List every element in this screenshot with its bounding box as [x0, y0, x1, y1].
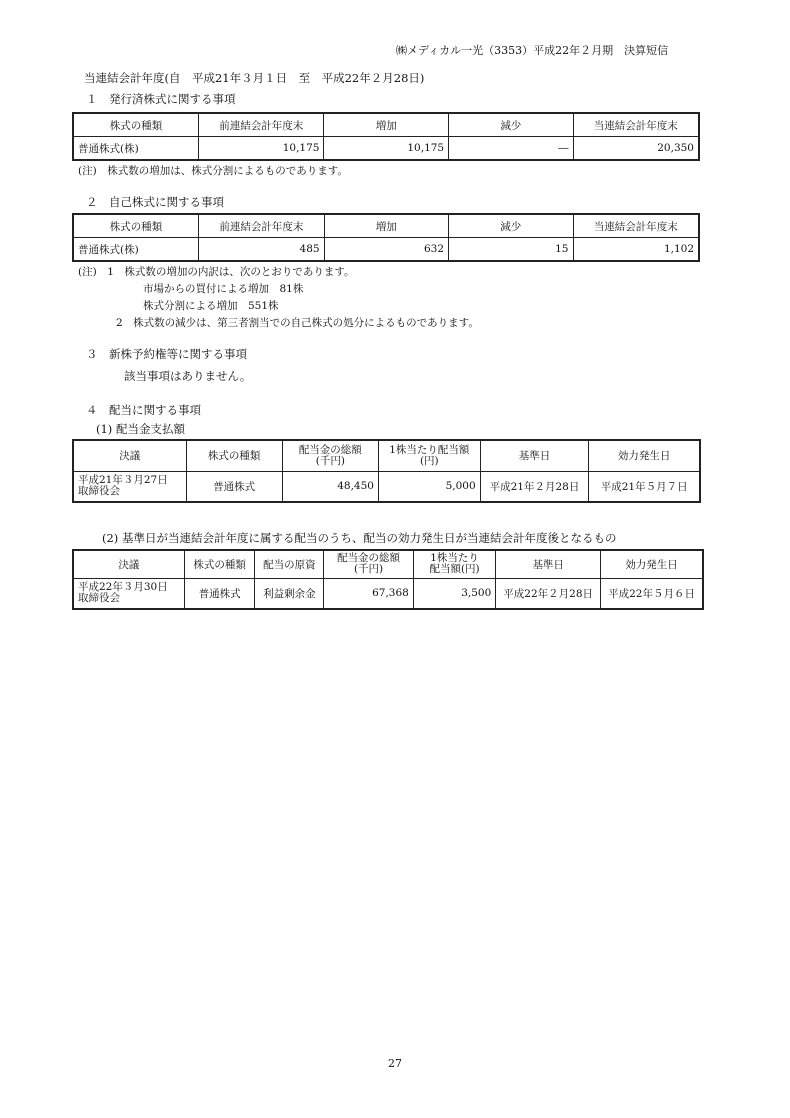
header-cell: 効力発生日 — [589, 440, 700, 471]
header-cell: 決議 — [73, 440, 186, 471]
cell: 平成21年２月28日 — [480, 471, 589, 502]
cell: 普通株式 — [184, 578, 255, 609]
cell: 1,102 — [573, 238, 699, 262]
dividends-paid-table: 決議 株式の種類 配当金の総額(千円) 1株当たり配当額(円) 基準日 効力発生… — [72, 439, 701, 503]
header-cell: 増加 — [324, 113, 449, 137]
header-cell-per-share: 1株当たり配当額(円) — [378, 440, 480, 471]
section2-note-4: 2 株式数の減少は、第三者割当での自己株式の処分によるものであります。 — [116, 315, 479, 330]
issued-shares-table: 株式の種類 前連結会計年度末 増加 減少 当連結会計年度末 普通株式(株) 10… — [72, 112, 700, 161]
header-cell-total: 配当金の総額(千円) — [324, 550, 414, 578]
cell: ― — [449, 137, 573, 161]
header-cell: 基準日 — [480, 440, 589, 471]
header-line: (円) — [383, 456, 476, 467]
section4-sub2-title: (2) 基準日が当連結会計年度に属する配当のうち、配当の効力発生日が当連結会計年… — [102, 530, 616, 546]
period-title: 当連結会計年度(自 平成21年３月１日 至 平成22年２月28日) — [84, 70, 424, 86]
cell: 20,350 — [573, 137, 699, 161]
page-number: 27 — [388, 1057, 402, 1070]
section3-body: 該当事項はありません。 — [124, 368, 251, 384]
cell: 平成22年５月６日 — [601, 578, 703, 609]
treasury-shares-table: 株式の種類 前連結会計年度末 増加 減少 当連結会計年度末 普通株式(株) 48… — [72, 213, 700, 262]
cell: 利益剰余金 — [255, 578, 324, 609]
cell: 普通株式(株) — [73, 238, 199, 262]
header-cell-total: 配当金の総額(千円) — [282, 440, 378, 471]
cell: 5,000 — [378, 471, 480, 502]
cell: 3,500 — [413, 578, 495, 609]
header-cell: 株式の種類 — [186, 440, 282, 471]
cell: 10,175 — [324, 137, 449, 161]
header-line: (千円) — [328, 564, 409, 575]
cell: 15 — [449, 238, 573, 262]
header-cell: 増加 — [324, 214, 448, 238]
table-header-row: 決議 株式の種類 配当金の総額(千円) 1株当たり配当額(円) 基準日 効力発生… — [73, 440, 700, 471]
section2-note-2: 市場からの買付による増加 81株 — [143, 281, 303, 296]
cell-line: 取締役会 — [78, 593, 180, 604]
section2-title: ２ 自己株式に関する事項 — [86, 194, 224, 210]
cell-resolution: 平成21年３月27日取締役会 — [73, 471, 186, 502]
table-header-row: 株式の種類 前連結会計年度末 増加 減少 当連結会計年度末 — [73, 214, 699, 238]
section2-note-3: 株式分割による増加 551株 — [143, 298, 279, 313]
section4-sub1-title: (1) 配当金支払額 — [96, 421, 185, 437]
cell-line: 取締役会 — [78, 486, 182, 497]
table-row: 普通株式(株) 10,175 10,175 ― 20,350 — [73, 137, 699, 161]
section3-title: ３ 新株予約権等に関する事項 — [86, 346, 247, 362]
section2-note-1: (注) 1 株式数の増加の内訳は、次のとおりであります。 — [78, 264, 355, 279]
cell: 普通株式(株) — [73, 137, 199, 161]
table-header-row: 決議 株式の種類 配当の原資 配当金の総額(千円) 1株当たり配当額(円) 基準… — [73, 550, 703, 578]
header-cell: 効力発生日 — [601, 550, 703, 578]
cell: 485 — [199, 238, 324, 262]
header-company-line: ㈱メディカル一光（3353）平成22年２月期 決算短信 — [396, 42, 668, 58]
header-cell: 株式の種類 — [73, 113, 199, 137]
table-row: 平成21年３月27日取締役会 普通株式 48,450 5,000 平成21年２月… — [73, 471, 700, 502]
section1-title: １ 発行済株式に関する事項 — [86, 91, 236, 107]
header-cell: 決議 — [73, 550, 184, 578]
header-cell: 当連結会計年度末 — [573, 214, 699, 238]
header-cell: 基準日 — [496, 550, 601, 578]
header-cell: 前連結会計年度末 — [199, 214, 324, 238]
header-cell: 株式の種類 — [184, 550, 255, 578]
cell: 平成21年５月７日 — [589, 471, 700, 502]
header-cell: 株式の種類 — [73, 214, 199, 238]
section1-note: (注) 株式数の増加は、株式分割によるものであります。 — [78, 163, 348, 178]
cell: 平成22年２月28日 — [496, 578, 601, 609]
header-cell-per-share: 1株当たり配当額(円) — [413, 550, 495, 578]
dividends-after-period-table: 決議 株式の種類 配当の原資 配当金の総額(千円) 1株当たり配当額(円) 基準… — [72, 549, 704, 610]
header-cell: 当連結会計年度末 — [573, 113, 699, 137]
cell: 48,450 — [282, 471, 378, 502]
cell: 632 — [324, 238, 448, 262]
header-cell: 前連結会計年度末 — [199, 113, 324, 137]
cell: 普通株式 — [186, 471, 282, 502]
cell-resolution: 平成22年３月30日取締役会 — [73, 578, 184, 609]
header-cell: 減少 — [449, 214, 573, 238]
header-cell: 減少 — [449, 113, 573, 137]
table-row: 平成22年３月30日取締役会 普通株式 利益剰余金 67,368 3,500 平… — [73, 578, 703, 609]
header-cell: 配当の原資 — [255, 550, 324, 578]
cell: 10,175 — [199, 137, 324, 161]
section4-title: ４ 配当に関する事項 — [86, 402, 201, 418]
cell: 67,368 — [324, 578, 414, 609]
header-line: (千円) — [287, 456, 374, 467]
table-row: 普通株式(株) 485 632 15 1,102 — [73, 238, 699, 262]
table-header-row: 株式の種類 前連結会計年度末 増加 減少 当連結会計年度末 — [73, 113, 699, 137]
header-line: 配当額(円) — [418, 564, 491, 575]
